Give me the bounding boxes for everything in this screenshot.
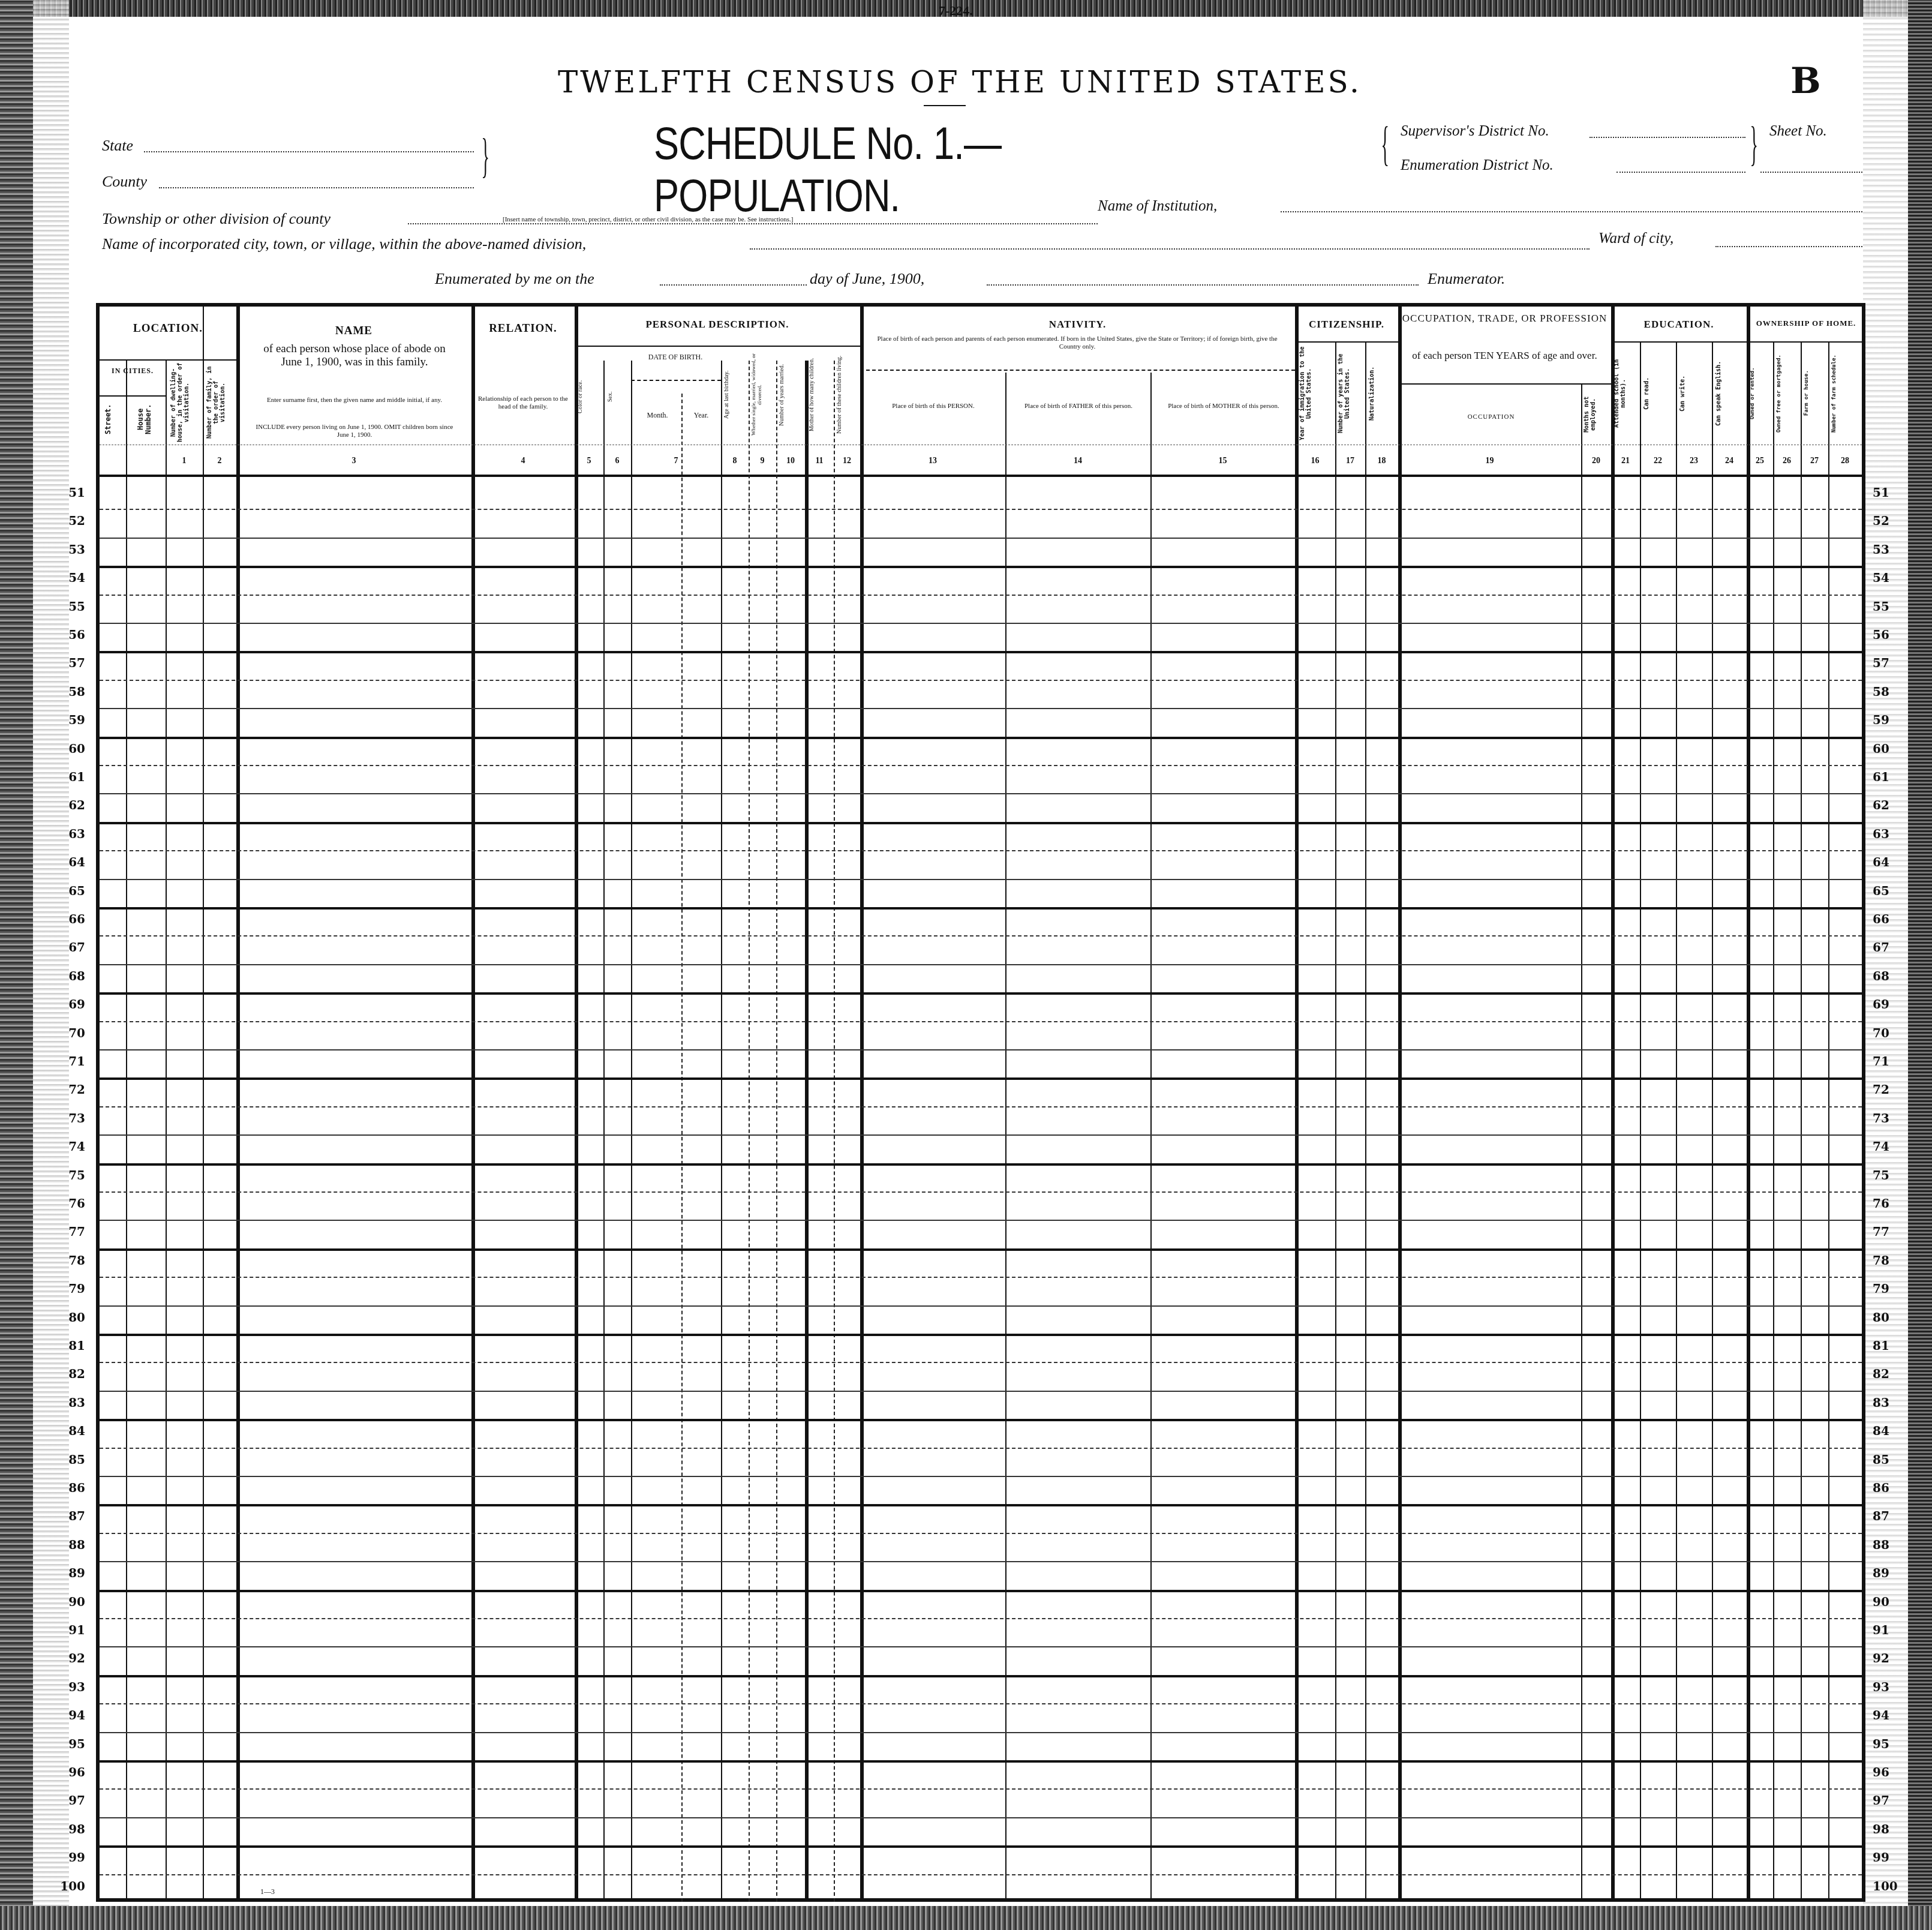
ward-label: Ward of city, [1599,230,1673,247]
row-number-right: 89 [1873,1566,1903,1580]
city-field[interactable] [750,248,1590,250]
row-number-right: 80 [1873,1310,1903,1325]
row-number-right: 95 [1873,1737,1903,1751]
row-rule [100,1191,1862,1193]
row-rule [100,850,1862,851]
row-number-right: 60 [1873,742,1903,756]
col-label-family-number: Number of family, in the order of visita… [206,362,233,443]
row-number-right: 87 [1873,1509,1903,1523]
row-number-right: 63 [1873,827,1903,841]
nativity-description: Place of birth of each person and parent… [867,335,1287,350]
group-nativity: NATIVITY. [860,319,1295,331]
supervisor-district-label: Supervisor's District No. [1401,123,1549,140]
col-line [1581,385,1582,1902]
colnum: 7 [631,457,721,466]
col-label-street: Street. [104,397,122,442]
col-line [860,307,864,1902]
personal-subrule [575,346,860,347]
col-label-can-write: Can write. [1679,344,1709,443]
row-number-right: 66 [1873,912,1903,926]
row-rule [100,964,1862,965]
group-location: LOCATION. [100,322,236,335]
row-rule [100,822,1862,824]
col-label-owned-free: Owned free or mortgaged. [1777,344,1799,443]
row-number-right: 67 [1873,940,1903,955]
col-label-naturalization: Naturalization. [1369,344,1395,443]
brace-district-open: { [1381,120,1389,168]
row-rule [100,1248,1862,1251]
row-number-right: 98 [1873,1822,1903,1836]
row-number-left: 65 [55,884,85,898]
col-label-can-read: Can read. [1643,344,1673,443]
row-number-left: 77 [55,1224,85,1239]
census-title: TWELFTH CENSUS OF THE UNITED STATES. [558,65,1398,100]
row-number-left: 64 [55,855,85,869]
col-label-months-not-employed: Months not employed. [1584,386,1609,443]
row-rule [100,1106,1862,1107]
row-number-right: 85 [1873,1452,1903,1467]
col-line [1676,343,1677,1902]
institution-label: Name of Institution, [1098,198,1217,215]
row-number-right: 84 [1873,1424,1903,1438]
row-number-left: 86 [55,1481,85,1495]
row-rule [100,1703,1862,1704]
row-number-left: 82 [55,1367,85,1381]
row-rule [100,1618,1862,1619]
row-number-left: 83 [55,1395,85,1410]
colnum: 15 [1150,457,1295,466]
township-note: [Insert name of township, town, precinct… [503,216,794,223]
row-rule [100,538,1862,539]
row-rule [100,1874,1862,1875]
row-number-right: 56 [1873,628,1903,642]
col-line [1828,343,1829,1902]
scan-edge-right [1908,0,1932,1930]
row-number-right: 96 [1873,1765,1903,1779]
header-bottom-rule [100,475,1862,477]
group-in-cities: IN CITIES. [100,367,166,376]
row-number-right: 71 [1873,1054,1903,1068]
row-number-right: 70 [1873,1026,1903,1040]
colnum: 18 [1365,457,1398,466]
row-number-left: 54 [55,571,85,585]
col-line [1611,307,1615,1902]
col-line [1398,307,1402,1902]
enumeration-district-field[interactable] [1616,172,1745,173]
row-rule [100,1760,1862,1763]
row-rule [100,1220,1862,1221]
col-line [1773,343,1774,1902]
row-rule [100,1305,1862,1307]
row-rule [100,1134,1862,1136]
row-number-right: 79 [1873,1281,1903,1296]
row-number-left: 68 [55,969,85,983]
colnum: 23 [1676,457,1712,466]
row-number-right: 90 [1873,1595,1903,1609]
row-number-left: 97 [55,1793,85,1808]
row-number-right: 59 [1873,713,1903,727]
col-label-house-number: House Number. [137,397,155,442]
col-line [1150,373,1152,1902]
enumerator-label: Enumerator. [1428,270,1505,288]
row-rule [100,1788,1862,1790]
row-number-right: 77 [1873,1224,1903,1239]
dob-subrule [631,380,721,381]
occupation-subrule [1398,383,1611,385]
row-number-right: 54 [1873,571,1903,585]
row-number-left: 73 [55,1111,85,1125]
row-rule [100,623,1862,624]
colnum-subrule [100,445,1862,445]
row-number-left: 84 [55,1424,85,1438]
col-line [631,361,632,1902]
row-number-left: 55 [55,599,85,614]
row-rule [100,935,1862,937]
row-rule [100,1590,1862,1592]
supervisor-district-field[interactable] [1590,137,1745,138]
col-label-marital: Whether single, married, widowed, or div… [751,350,774,440]
row-rule [100,509,1862,510]
enumeration-district-label: Enumeration District No. [1401,157,1554,174]
row-number-left: 57 [55,656,85,670]
col-line [1801,343,1802,1902]
enumerated-suffix: day of June, 1900, [810,270,924,288]
colnum: 1 [166,457,203,466]
col-line [1747,307,1750,1902]
brace-left: } [481,132,489,180]
col-label-children-living: Number of these children living. [836,350,859,440]
col-line [805,361,809,1902]
form-number: 7-224. [939,3,973,19]
row-number-left: 74 [55,1139,85,1154]
col-label-dwelling-number: Number of dwelling-house, in the order o… [170,362,199,443]
sheet-no-label: Sheet No. [1769,123,1827,140]
row-number-left: 87 [55,1509,85,1523]
col-label-occupation: OCCUPATION [1404,413,1578,421]
col-label-attended-school: Attended school (in months). [1613,344,1639,443]
group-ownership: OWNERSHIP OF HOME. [1747,319,1865,328]
citizenship-subrule [1295,341,1398,343]
occupation-description: of each person TEN YEARS of age and over… [1404,350,1605,362]
col-line [776,361,777,1902]
row-rule [100,680,1862,681]
row-rule [100,1021,1862,1022]
col-line [721,361,722,1902]
enumerated-prefix: Enumerated by me on the [435,270,594,288]
row-number-left: 85 [55,1452,85,1467]
row-number-right: 65 [1873,884,1903,898]
row-number-right: 57 [1873,656,1903,670]
col-label-birth-person: Place of birth of this PERSON. [867,403,999,410]
row-number-right: 68 [1873,969,1903,983]
row-rule [100,1362,1862,1363]
row-number-left: 100 [55,1879,85,1893]
col-line [1365,343,1366,1902]
col-label-birth-mother: Place of birth of MOTHER of this person. [1158,403,1290,410]
row-number-left: 79 [55,1281,85,1296]
col-label-birth-father: Place of birth of FATHER of this person. [1012,403,1144,410]
state-label: State [102,137,133,155]
row-number-left: 52 [55,514,85,528]
row-number-left: 91 [55,1623,85,1637]
title-ornament [924,105,966,106]
enumerator-field[interactable] [987,284,1419,286]
col-label-age: Age at last birthday. [723,350,746,440]
group-personal-description: PERSONAL DESCRIPTION. [575,319,860,331]
name-description: of each person whose place of abode on J… [256,343,453,369]
row-number-right: 82 [1873,1367,1903,1381]
row-rule [100,1334,1862,1336]
scan-edge-right-noise [1863,0,1908,1930]
col-line [1005,373,1006,1902]
city-label: Name of incorporated city, town, or vill… [102,235,586,253]
row-number-left: 78 [55,1253,85,1268]
row-number-left: 89 [55,1566,85,1580]
colnum: 19 [1398,457,1581,466]
col-line [166,361,167,1902]
row-rule [100,566,1862,568]
colnum: 5 [575,457,603,466]
row-number-right: 76 [1873,1196,1903,1211]
row-number-right: 53 [1873,542,1903,557]
row-number-right: 83 [1873,1395,1903,1410]
row-number-left: 80 [55,1310,85,1325]
col-label-sex: Sex. [607,352,627,442]
col-label-owned-or-rented: Owned or rented. [1750,344,1772,443]
row-number-right: 81 [1873,1338,1903,1353]
row-number-left: 61 [55,770,85,784]
row-rule [100,1533,1862,1534]
row-number-right: 94 [1873,1708,1903,1722]
group-citizenship: CITIZENSHIP. [1295,319,1398,331]
education-subrule [1611,341,1865,343]
row-rule [100,737,1862,739]
scan-edge-bottom [0,1906,1932,1930]
row-number-left: 81 [55,1338,85,1353]
col-label-month: Month. [635,412,680,420]
colnum: 9 [749,457,776,466]
row-number-left: 59 [55,713,85,727]
colnum: 17 [1335,457,1365,466]
col-line [126,361,127,1902]
state-field[interactable] [144,151,474,152]
col-line [1295,307,1299,1902]
col-label-color: Color or race. [577,352,600,442]
scan-edge-left [0,0,33,1930]
row-number-right: 78 [1873,1253,1903,1268]
row-rule [100,879,1862,880]
col-line [1335,343,1336,1902]
row-number-left: 60 [55,742,85,756]
location-subrule [100,359,236,361]
row-number-left: 53 [55,542,85,557]
col-line [1640,343,1641,1902]
row-rule [100,595,1862,596]
col-line [236,307,240,1902]
group-occupation: OCCUPATION, TRADE, OR PROFESSION [1398,313,1611,325]
row-number-left: 72 [55,1082,85,1097]
row-number-right: 52 [1873,514,1903,528]
row-rule [100,1448,1862,1449]
row-number-right: 99 [1873,1850,1903,1865]
row-rule [100,1646,1862,1647]
colnum: 14 [1005,457,1150,466]
colnum: 4 [471,457,575,466]
county-label: County [102,173,147,191]
colnum: 3 [236,457,471,466]
row-number-left: 98 [55,1822,85,1836]
row-number-left: 99 [55,1850,85,1865]
row-number-left: 51 [55,485,85,500]
row-number-left: 75 [55,1168,85,1182]
row-rule [100,1049,1862,1050]
row-rule [100,1732,1862,1733]
row-rule [100,907,1862,910]
row-number-right: 93 [1873,1680,1903,1694]
colnum: 13 [860,457,1005,466]
sheet-letter: B [1790,60,1821,102]
row-rule [100,992,1862,995]
row-rule [100,793,1862,794]
colnum: 10 [776,457,805,466]
row-number-right: 61 [1873,770,1903,784]
colnum: 8 [721,457,749,466]
colnum: 26 [1773,457,1801,466]
row-number-right: 64 [1873,855,1903,869]
row-rule [100,1419,1862,1421]
township-field[interactable] [408,223,1098,224]
row-rule [100,1504,1862,1506]
col-label-years-married: Number of years married. [779,350,801,440]
row-number-left: 90 [55,1595,85,1609]
row-number-right: 69 [1873,997,1903,1011]
colnum: 24 [1712,457,1747,466]
colnum: 22 [1640,457,1676,466]
population-table: LOCATION. IN CITIES. NAME of each person… [96,303,1865,1902]
group-date-of-birth: DATE OF BIRTH. [639,353,711,362]
col-label-farm-schedule: Number of farm schedule. [1832,344,1862,443]
nativity-subrule [860,370,1295,371]
sheet-no-field[interactable] [1760,172,1862,173]
row-number-right: 62 [1873,798,1903,812]
colnum: 28 [1828,457,1862,466]
row-rule [100,1476,1862,1477]
col-label-mother-of: Mother of how many children. [809,350,831,440]
col-line [203,307,204,1902]
row-rule [100,1163,1862,1166]
colnum: 20 [1581,457,1611,466]
row-rule [100,708,1862,709]
col-line [834,361,835,1902]
name-instruction-1: Enter surname first, then the given name… [250,397,459,404]
row-number-left: 93 [55,1680,85,1694]
institution-field[interactable] [1281,211,1862,212]
row-number-left: 71 [55,1054,85,1068]
row-number-right: 58 [1873,685,1903,699]
col-label-year: Year. [683,412,720,420]
row-number-right: 88 [1873,1538,1903,1552]
row-number-right: 86 [1873,1481,1903,1495]
county-field[interactable] [159,187,474,188]
row-number-left: 62 [55,798,85,812]
row-rule [100,1817,1862,1818]
township-label: Township or other division of county [102,210,330,228]
brace-district-close: } [1750,120,1757,168]
row-number-left: 67 [55,940,85,955]
row-number-right: 97 [1873,1793,1903,1808]
name-instruction-2: INCLUDE every person living on June 1, 1… [250,424,459,439]
col-label-can-speak-english: Can speak English. [1715,344,1745,443]
group-relation: RELATION. [471,322,575,335]
enumerated-day-field[interactable] [660,284,807,286]
row-number-left: 58 [55,685,85,699]
group-name: NAME [236,325,471,338]
col-line [575,307,578,1902]
row-rule [100,1675,1862,1677]
colnum: 2 [203,457,236,466]
row-rule [100,1277,1862,1278]
row-number-right: 100 [1873,1879,1903,1893]
row-number-left: 63 [55,827,85,841]
col-line [471,307,475,1902]
col-label-relationship: Relationship of each person to the head … [474,395,572,410]
row-number-left: 70 [55,1026,85,1040]
colnum: 16 [1295,457,1335,466]
row-rule [100,765,1862,766]
row-number-right: 91 [1873,1623,1903,1637]
colnum: 21 [1611,457,1640,466]
col-label-year-immigration: Year of immigration to the United States… [1299,344,1333,443]
col-line [603,361,605,1902]
row-number-left: 94 [55,1708,85,1722]
footer-note: 1—3 [260,1887,275,1896]
colnum: 27 [1801,457,1828,466]
row-rule [100,1077,1862,1080]
row-number-right: 73 [1873,1111,1903,1125]
row-number-right: 55 [1873,599,1903,614]
col-line [749,361,750,1902]
row-number-right: 75 [1873,1168,1903,1182]
row-number-left: 69 [55,997,85,1011]
colnum: 11 [805,457,834,466]
row-number-left: 95 [55,1737,85,1751]
col-line [1712,343,1713,1902]
row-number-left: 76 [55,1196,85,1211]
row-number-left: 96 [55,1765,85,1779]
colnum: 12 [834,457,860,466]
group-education: EDUCATION. [1611,319,1747,331]
row-number-right: 74 [1873,1139,1903,1154]
row-number-left: 88 [55,1538,85,1552]
row-rule [100,1845,1862,1848]
row-rule [100,651,1862,653]
colnum: 25 [1747,457,1773,466]
row-number-left: 92 [55,1651,85,1665]
ward-field[interactable] [1715,246,1862,247]
colnum: 6 [603,457,631,466]
row-rule [100,1561,1862,1562]
row-rule [100,1391,1862,1392]
row-number-left: 56 [55,628,85,642]
row-number-right: 92 [1873,1651,1903,1665]
col-label-years-in-us: Number of years in the United States. [1338,344,1364,443]
row-number-left: 66 [55,912,85,926]
col-label-farm-or-house: Farm or house. [1804,344,1827,443]
row-number-right: 51 [1873,485,1903,500]
scan-edge-left-noise [33,0,69,1930]
row-number-right: 72 [1873,1082,1903,1097]
